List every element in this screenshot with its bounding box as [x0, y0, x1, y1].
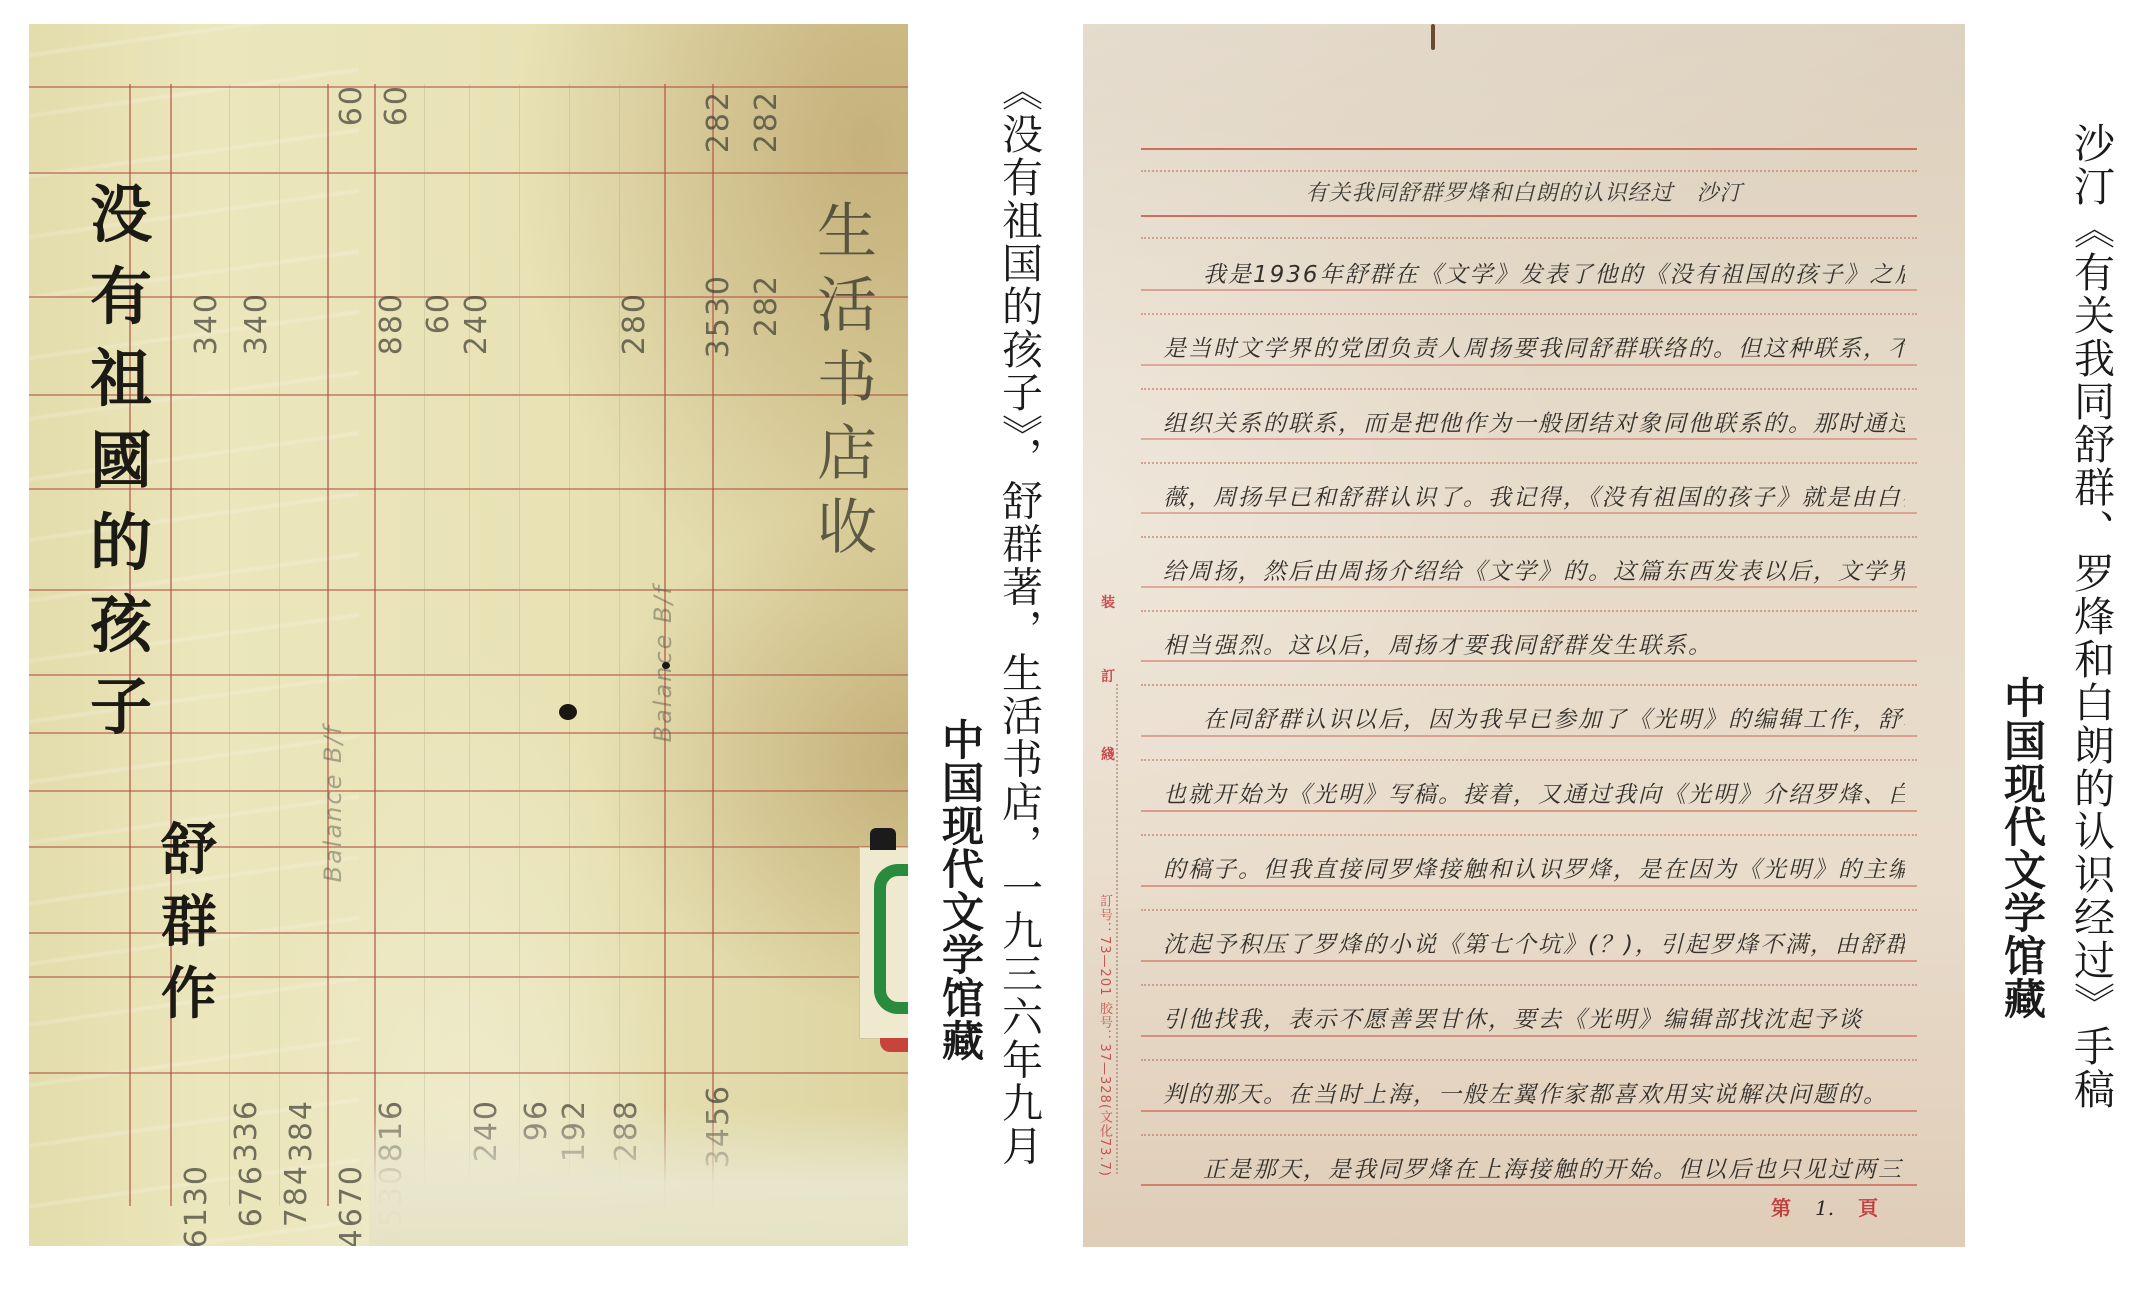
manuscript-line: 的稿子。但我直接同罗烽接触和认识罗烽，是在因为《光明》的主编 [1163, 851, 1905, 884]
dotted-line [1141, 759, 1917, 761]
pencil-annotation: 生活书店收 [799, 199, 885, 569]
ledger-number: 384 [284, 1099, 319, 1162]
manuscript-page-photo: 有关我同舒群罗烽和白朗的认识经过 沙汀 我是1936年舒群在《文学》发表了他的《… [1083, 24, 1965, 1247]
ledger-number: 60 [379, 84, 414, 126]
manuscript-line: 沈起予积压了罗烽的小说《第七个坑》(？)，引起罗烽不满，由舒群 [1163, 926, 1905, 959]
label-tab [870, 828, 896, 850]
dotted-line [1141, 388, 1917, 390]
ledger-cover-photo: 282 282 3530 282 280 240 60 880 340 340 … [29, 24, 908, 1246]
manuscript-line: 在同舒群认识以后，因为我早已参加了《光明》的编辑工作，舒群 [1163, 701, 1905, 734]
ledger-number: 282 [749, 274, 784, 337]
manuscript-line: 判的那天。在当时上海，一般左翼作家都喜欢用实说解决问题的。 [1163, 1076, 1905, 1109]
dotted-line [1141, 462, 1917, 464]
manuscript-line: 我是1936年舒群在《文学》发表了他的《没有祖国的孩子》之后才认识他的。 [1163, 256, 1905, 289]
binding-dotted-line [1116, 684, 1118, 1174]
dotted-line [1141, 834, 1917, 836]
manuscript-line: 相当强烈。这以后，周扬才要我同舒群发生联系。 [1163, 627, 1905, 660]
ruled-line [1141, 512, 1917, 514]
manuscript-line: 也就开始为《光明》写稿。接着，又通过我向《光明》介绍罗烽、白朗 [1163, 776, 1905, 809]
ruled-line [1141, 885, 1917, 887]
ledger-number: 336 [229, 1099, 264, 1162]
ledger-number: 282 [701, 90, 736, 153]
ruled-line [1141, 364, 1917, 366]
ruled-line [1141, 1110, 1917, 1112]
dotted-line [1141, 237, 1917, 239]
manuscript-line: 引他找我，表示不愿善罢甘休，要去《光明》编辑部找沈起予谈 [1163, 1001, 1905, 1034]
ledger-number: 784 [279, 1164, 314, 1227]
ledger-faint-rule [469, 84, 470, 1206]
ledger-column-rule [712, 84, 714, 1206]
green-octagon-frame [874, 864, 908, 1014]
ledger-column-rule [170, 84, 172, 1206]
right-figure-collection: 中国现代文学馆藏 [1992, 676, 2052, 1020]
ruled-line [1141, 660, 1917, 662]
ledger-number: 6130 [179, 1164, 214, 1246]
ledger-number: 240 [459, 292, 494, 355]
ledger-word: Balance B/f [319, 724, 347, 882]
ruled-line [1141, 215, 1917, 217]
binding-stamp: 装 [1101, 592, 1115, 612]
binding-stamp: 訂 [1101, 666, 1115, 686]
ruled-line [1141, 960, 1917, 962]
ledger-number: 880 [374, 292, 409, 355]
handwritten-author: 舒群作 [149, 814, 229, 1030]
manuscript-line: 正是那天，是我同罗烽在上海接触的开始。但以后也只见过两三次 [1163, 1151, 1905, 1184]
dotted-line [1141, 684, 1917, 686]
manuscript-line: 是当时文学界的党团负责人周扬要我同舒群联络的。但这种联系，不是党的 [1163, 330, 1905, 363]
ledger-number: 4670 [334, 1164, 369, 1246]
ledger-number: 60 [334, 84, 369, 126]
library-label-sticker [859, 847, 908, 1039]
ledger-faint-rule [619, 84, 620, 1206]
ruled-line [1141, 438, 1917, 440]
dotted-line [1141, 1134, 1917, 1136]
dotted-line [1141, 984, 1917, 986]
ledger-faint-rule [229, 84, 230, 1206]
paper-mark [1431, 24, 1435, 50]
left-figure-collection: 中国现代文学馆藏 [930, 718, 990, 1062]
ledger-number: 340 [239, 292, 274, 355]
dotted-line [1141, 170, 1917, 172]
binding-stamp: 綫 [1101, 744, 1115, 764]
ruled-line [1141, 289, 1917, 291]
ruled-line [1141, 735, 1917, 737]
worn-edge [369, 1106, 908, 1246]
dotted-line [1141, 536, 1917, 538]
plastic-sheen [29, 24, 359, 1246]
ruled-line [1141, 148, 1917, 150]
ledger-number: 282 [749, 90, 784, 153]
ledger-number: 3530 [701, 274, 736, 358]
ruled-line [1141, 1184, 1917, 1186]
page-number: 第1.頁 [1771, 1192, 1878, 1221]
ledger-number: 280 [617, 292, 652, 355]
dotted-line [1141, 909, 1917, 911]
manuscript-line: 给周扬，然后由周扬介绍给《文学》的。这篇东西发表以后，文学界的反应 [1163, 553, 1905, 586]
page-suffix: 頁 [1858, 1196, 1878, 1220]
ink-spot [559, 704, 577, 720]
ledger-column-rule [374, 84, 376, 1206]
ledger-number: 676 [234, 1164, 269, 1227]
left-figure-caption: 《没有祖国的孩子》，舒群著，生活书店，一九三六年九月 [990, 70, 1049, 1168]
ledger-faint-rule [569, 84, 570, 1206]
ledger-column-rule [327, 84, 329, 1206]
ruled-line [1141, 810, 1917, 812]
right-figure-caption: 沙汀《有关我同舒群、罗烽和白朗的认识经过》手稿 [2062, 122, 2121, 1111]
ledger-number: 60 [421, 292, 456, 334]
ink-spot [662, 662, 670, 669]
ruled-line [1141, 1035, 1917, 1037]
handwritten-book-title: 没有祖國的孩子 [81, 174, 161, 748]
page-prefix: 第 [1771, 1196, 1791, 1220]
manuscript-line: 组织关系的联系，而是把他作为一般团结对象同他联系的。那时通过白 [1163, 405, 1905, 438]
manuscript-title: 有关我同舒群罗烽和白朗的认识经过 沙汀 [1083, 176, 1965, 207]
archive-serial-number: 訂号：73—201 胶号：37—328(文化73.7) [1095, 894, 1114, 1177]
ledger-faint-rule [279, 84, 280, 1206]
page-number-value: 1. [1791, 1196, 1858, 1220]
ledger-faint-rule [424, 84, 425, 1206]
dotted-line [1141, 610, 1917, 612]
dotted-line [1141, 313, 1917, 315]
red-label-strip [880, 1038, 908, 1052]
ledger-faint-rule [519, 84, 520, 1206]
ledger-number: 340 [189, 292, 224, 355]
manuscript-line: 薇，周扬早已和舒群认识了。我记得，《没有祖国的孩子》就是由白薇转 [1163, 479, 1905, 512]
ruled-line [1141, 586, 1917, 588]
dotted-line [1141, 1059, 1917, 1061]
